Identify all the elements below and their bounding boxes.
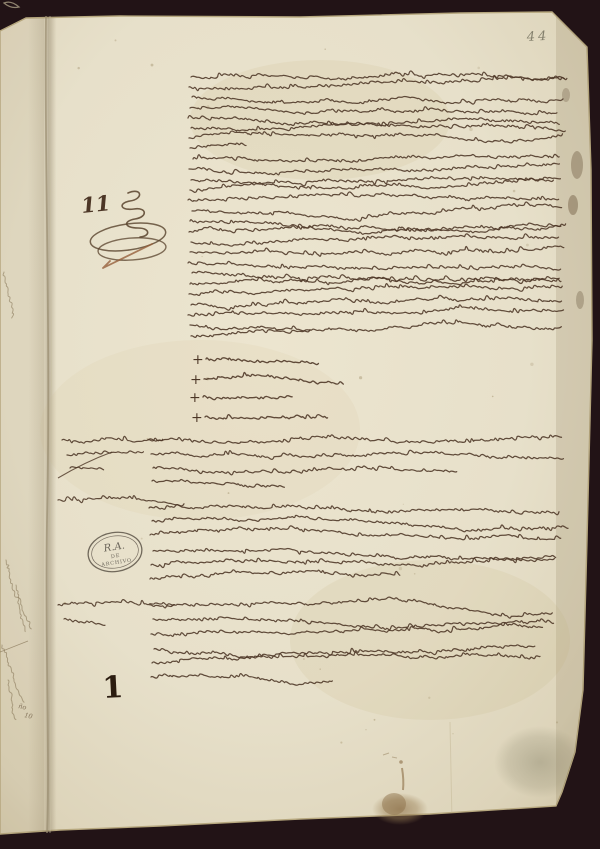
paper-speck: [115, 39, 117, 41]
paper-speck: [399, 567, 402, 570]
paper-speck: [513, 190, 516, 193]
cross-bullet: +: [192, 352, 204, 368]
toning-patch: [290, 560, 570, 720]
paper-speck: [77, 67, 79, 69]
edge-blotch: [562, 88, 570, 102]
paper-speck: [374, 719, 376, 721]
paper-speck: [340, 742, 342, 744]
paper-speck: [469, 128, 473, 132]
edge-blotch: [571, 151, 583, 179]
paper-speck: [228, 492, 230, 494]
stain-core: [382, 793, 406, 815]
edge-blotch: [568, 195, 578, 215]
paper-speck: [526, 244, 529, 247]
page-number: 44: [525, 29, 549, 45]
paper-speck: [359, 376, 362, 379]
cross-bullet: +: [189, 390, 201, 406]
paper-speck: [530, 363, 533, 366]
paper-speck: [151, 64, 154, 67]
edge-fragment-text: 10: [24, 711, 34, 721]
paper-speck: [303, 658, 305, 660]
paper-speck: [477, 67, 480, 70]
toning-patch: [190, 60, 450, 180]
folio-mark: 11: [80, 190, 112, 218]
edge-blotch: [576, 291, 584, 309]
item-number-mark: 1: [102, 670, 125, 706]
paper-speck: [452, 733, 453, 734]
manuscript-photo: ++++ 44 11 R.A. DE ARCHIVO 1 ño 10: [0, 0, 600, 849]
paper-speck: [320, 668, 321, 669]
cross-bullet: +: [191, 410, 203, 426]
cross-bullet: +: [190, 372, 202, 388]
paper-speck: [403, 504, 404, 505]
manuscript-scene: ++++ 44 11 R.A. DE ARCHIVO 1 ño 10: [0, 0, 600, 849]
paper-speck: [202, 256, 203, 257]
paper-speck: [556, 721, 558, 723]
paper-speck: [428, 697, 430, 699]
edge-fragment-text: ño: [18, 702, 28, 712]
paper-speck: [492, 396, 494, 398]
paper-speck: [365, 729, 366, 730]
stain-dot: [399, 760, 403, 764]
paper-speck: [414, 573, 416, 575]
paper-speck: [324, 48, 325, 49]
paper-speck: [141, 538, 143, 540]
